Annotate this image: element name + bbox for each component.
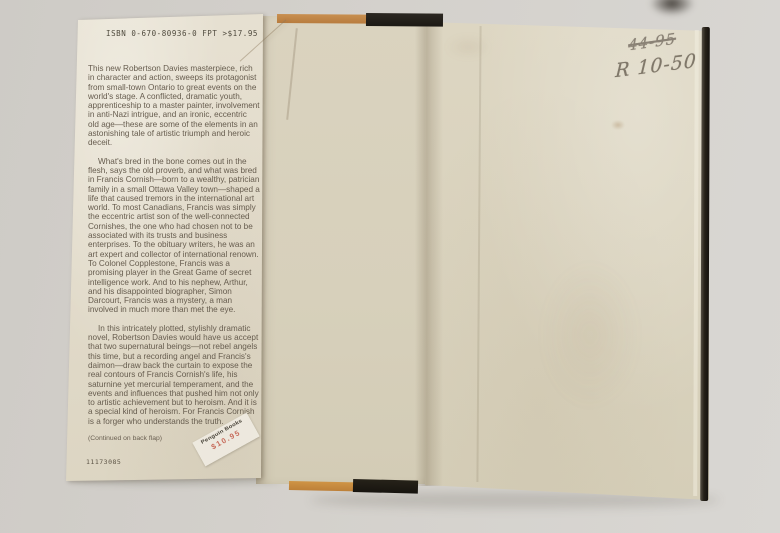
- book-gutter: [415, 16, 443, 486]
- book-photo: ISBN 0-670-80936-0 FPT >$17.95 This new …: [0, 0, 780, 533]
- front-endpaper-strip: [256, 16, 430, 484]
- continued-note: (Continued on back flap): [88, 435, 162, 442]
- jacket-stripe-black-top: [366, 13, 443, 27]
- foxing-spot: [611, 120, 625, 130]
- flap-paragraph-2: What's bred in the bone comes out in the…: [88, 157, 260, 315]
- page-stain-small: [446, 36, 490, 58]
- jacket-stripe-tan-top: [277, 14, 368, 24]
- printers-code: 11173085: [86, 458, 121, 466]
- flap-paragraph-3: In this intricately plotted, stylishly d…: [88, 324, 260, 426]
- jacket-stripe-black-bottom: [353, 479, 418, 494]
- dust-jacket-front-flap: ISBN 0-670-80936-0 FPT >$17.95 This new …: [64, 14, 265, 482]
- page-stain: [540, 260, 640, 410]
- jacket-stripe-tan-bottom: [289, 481, 356, 491]
- flap-paragraph-1: This new Robertson Davies masterpiece, r…: [88, 64, 260, 148]
- isbn-price-line: ISBN 0-670-80936-0 FPT >$17.95: [106, 29, 258, 38]
- flap-blurb: This new Robertson Davies masterpiece, r…: [88, 64, 260, 435]
- cover-board-edge: [700, 27, 710, 501]
- cover-corner-smudge: [649, 0, 695, 16]
- free-endpaper-page: [425, 18, 709, 504]
